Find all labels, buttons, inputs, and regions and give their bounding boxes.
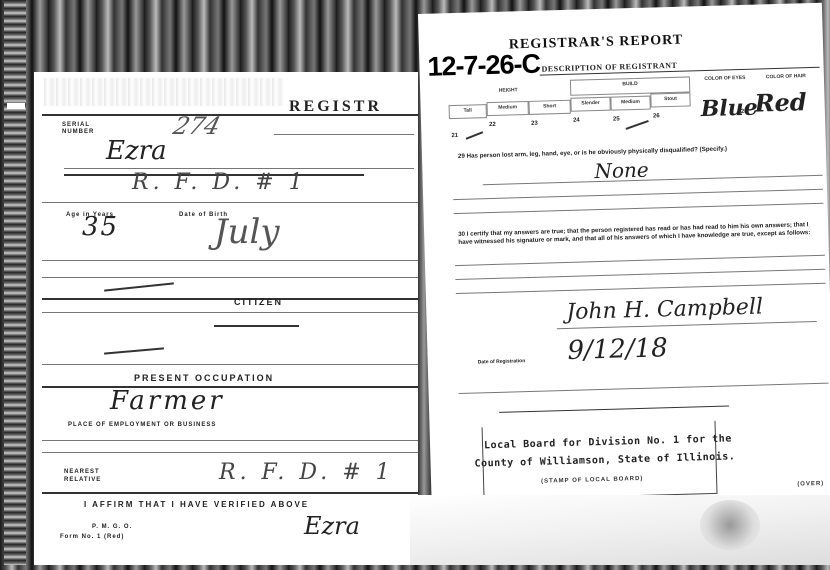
- check-mark: [626, 120, 649, 130]
- rule: [42, 312, 418, 313]
- col-stout: Stout: [650, 92, 690, 107]
- affirm-text: I AFFIRM THAT I HAVE VERIFIED ABOVE: [84, 500, 309, 509]
- over-label: (OVER): [797, 481, 824, 488]
- rule: [42, 202, 418, 203]
- faded-header-text: [44, 78, 284, 106]
- form-number: Form No. 1 (Red): [60, 534, 124, 540]
- address-value: R. F. D. # 1: [132, 170, 307, 195]
- rule: [459, 383, 829, 394]
- rule: [42, 440, 418, 441]
- citizen-heading: CITIZEN: [234, 297, 283, 307]
- field-number: 26: [653, 113, 660, 119]
- page-shadow: [410, 495, 830, 565]
- dob-value: July: [214, 212, 280, 252]
- field-number: 25: [613, 116, 620, 122]
- occupation-value: Farmer: [110, 386, 225, 416]
- serial-number-value: 274: [170, 112, 223, 140]
- rule: [42, 386, 418, 388]
- col-slender: Slender: [570, 97, 610, 112]
- rule: [214, 325, 299, 327]
- rule: [42, 277, 418, 278]
- employer-label: PLACE OF EMPLOYMENT OR BUSINESS: [68, 422, 216, 428]
- rule: [42, 492, 418, 494]
- height-header: HEIGHT: [448, 84, 568, 101]
- rule: [42, 364, 418, 365]
- question-30-text: 30 I certify that my answers are true; t…: [458, 221, 822, 247]
- col-short: Short: [528, 100, 570, 115]
- rule: [499, 405, 729, 412]
- rule: [64, 168, 414, 169]
- field-number: 23: [531, 121, 538, 127]
- age-value: 35: [82, 212, 119, 242]
- description-table: HEIGHT BUILD COLOR OF EYES COLOR OF HAIR…: [448, 73, 816, 147]
- rule: [483, 175, 823, 185]
- eye-color-value: Blue: [700, 95, 758, 123]
- rule: [274, 134, 414, 135]
- nearest-relative-value: R. F. D. # 1: [219, 460, 394, 485]
- rule: [455, 269, 825, 280]
- col-height-medium: Medium: [486, 101, 528, 116]
- registration-card-front: REGISTR SERIAL NUMBER 274 Ezra R. F. D. …: [34, 72, 418, 565]
- occupation-heading: PRESENT OCCUPATION: [134, 373, 274, 383]
- field-number: 24: [573, 118, 580, 124]
- field-number: 21: [451, 133, 458, 139]
- nearest-relative-label: NEAREST RELATIVE: [64, 468, 124, 484]
- rule: [42, 452, 418, 453]
- registrant-signature: Ezra: [304, 512, 360, 540]
- film-mark: [7, 103, 25, 109]
- dash-mark: [104, 282, 174, 291]
- serial-stamp: 12-7-26-C: [427, 49, 540, 83]
- col-build-medium: Medium: [610, 96, 650, 111]
- rule: [455, 255, 825, 266]
- film-edge-strip: [4, 0, 26, 565]
- serial-number-label: SERIAL NUMBER: [62, 122, 107, 136]
- registration-card-back: REGISTRAR'S REPORT 12-7-26-C DESCRIPTION…: [418, 3, 830, 528]
- form-ref: P. M. G. O.: [92, 524, 132, 530]
- name-value: Ezra: [106, 136, 167, 166]
- field-number: 22: [489, 122, 496, 128]
- rule: [42, 298, 418, 300]
- rule: [456, 283, 826, 294]
- rule: [42, 114, 418, 116]
- rule: [453, 189, 823, 200]
- col-tall: Tall: [449, 104, 487, 119]
- check-mark: [466, 131, 483, 139]
- dash-mark: [104, 347, 164, 354]
- hair-color-value: Red: [754, 87, 807, 117]
- registrar-signature: John H. Campbell: [566, 294, 763, 324]
- rule: [454, 203, 824, 214]
- smudge: [700, 500, 760, 550]
- rule: [42, 260, 418, 261]
- registration-date-value: 9/12/18: [567, 333, 668, 366]
- registration-date-label: Date of Registration: [478, 357, 526, 366]
